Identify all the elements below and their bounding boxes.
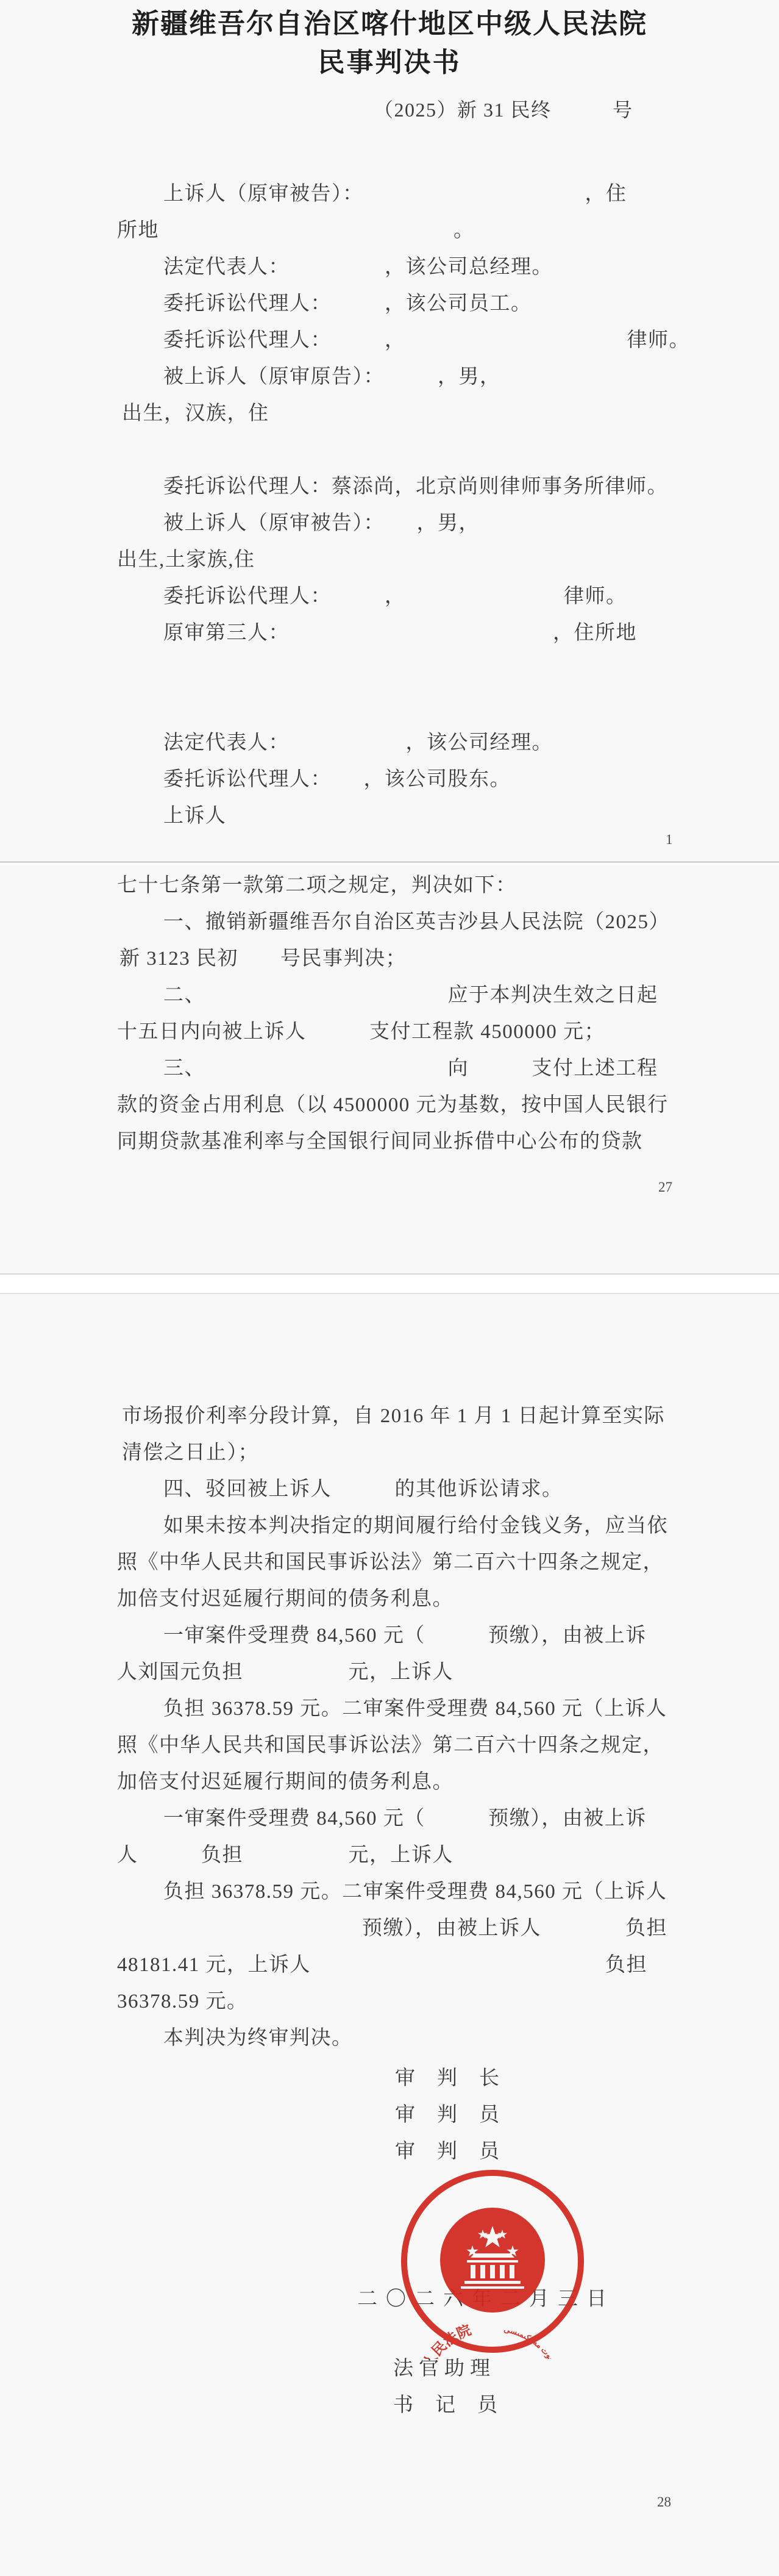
text-line: 一审案件受理费 84,560 元（ 预缴），由被上诉: [163, 1806, 647, 1831]
text-line: 被上诉人（原审被告）： ，男，: [163, 511, 480, 535]
case-number: （2025）新 31 民终 号: [374, 98, 633, 122]
text-line: 上诉人（原审被告）： ，住: [163, 182, 627, 206]
court-seal: 新疆维吾尔自治区喀什地区中级人民法院 شىنجاڭ ئۇيغۇر ئاپتونو…: [395, 2164, 590, 2359]
text-line: 委托诉讼代理人： ， 律师。: [163, 328, 690, 352]
text-line: 三、 向 支付上述工程: [163, 1056, 658, 1081]
judge-line: 审 判 员: [395, 2139, 500, 2164]
page-2: 七十七条第一款第二项之规定，判决如下： 一、撤销新疆维吾尔自治区英吉沙县人民法院…: [0, 865, 779, 1275]
text-line: 负担 36378.59 元。二审案件受理费 84,560 元（上诉人: [163, 1697, 667, 1721]
text-line: 一、撤销新疆维吾尔自治区英吉沙县人民法院（2025）: [163, 910, 670, 934]
presiding-judge-line: 审 判 长: [395, 2066, 500, 2091]
text-line: 负担 36378.59 元。二审案件受理费 84,560 元（上诉人: [163, 1880, 667, 1904]
clerk-line: 书 记 员: [393, 2393, 499, 2417]
judge-assistant-line: 法官助理: [393, 2356, 496, 2381]
text-line: 本判决为终审判决。: [163, 2026, 353, 2050]
text-line: 被上诉人（原审原告）： ，男，: [163, 365, 501, 389]
text-line: 48181.41 元，上诉人 负担: [117, 1953, 647, 1977]
text-line: 36378.59 元。: [117, 1989, 248, 2014]
text-line: 二、 应于本判决生效之日起: [163, 983, 658, 1007]
text-line: 照《中华人民共和国民事诉讼法》第二百六十四条之规定，: [117, 1550, 664, 1575]
page-1: 新疆维吾尔自治区喀什地区中级人民法院 民事判决书 （2025）新 31 民终 号…: [0, 0, 779, 863]
text-line: 委托诉讼代理人：蔡添尚，北京尚则律师事务所律师。: [163, 474, 668, 499]
text-line: 委托诉讼代理人： ，该公司员工。: [163, 292, 532, 316]
text-line: 四、驳回被上诉人 的其他诉讼请求。: [163, 1477, 563, 1501]
text-line: 上诉人: [163, 804, 227, 828]
page-3: 市场报价利率分段计算，自 2016 年 1 月 1 日起计算至实际 清偿之日止）…: [0, 1293, 779, 2576]
text-line: 新 3123 民初 号民事判决；: [119, 946, 407, 971]
text-line: 预缴），由被上诉人 负担: [362, 1916, 667, 1941]
national-emblem-icon: [440, 2208, 545, 2313]
court-name: 新疆维吾尔自治区喀什地区中级人民法院: [0, 1, 779, 41]
text-line: 十五日内向被上诉人 支付工程款 4500000 元；: [117, 1020, 605, 1044]
text-line: 市场报价利率分段计算，自 2016 年 1 月 1 日起计算至实际: [122, 1404, 665, 1428]
text-line: 出生,土家族,住: [117, 548, 255, 572]
text-line: 人刘国元负担 元，上诉人: [117, 1660, 454, 1684]
text-line: 法定代表人： ，该公司总经理。: [163, 255, 553, 279]
text-line: 照《中华人民共和国民事诉讼法》第二百六十四条之规定，: [117, 1733, 664, 1758]
text-line: 委托诉讼代理人： ， 律师。: [163, 584, 627, 609]
page-number: 28: [657, 2494, 671, 2510]
text-line: 人 负担 元，上诉人: [117, 1843, 454, 1867]
text-line: 委托诉讼代理人： ，该公司股东。: [163, 767, 511, 792]
text-line: 法定代表人： ，该公司经理。: [163, 731, 553, 755]
text-line: 加倍支付迟延履行期间的债务利息。: [117, 1587, 454, 1611]
judge-line: 审 判 员: [395, 2103, 500, 2127]
judgment-document: 新疆维吾尔自治区喀什地区中级人民法院 民事判决书 （2025）新 31 民终 号…: [0, 0, 779, 2576]
text-line: 加倍支付迟延履行期间的债务利息。: [117, 1770, 454, 1794]
text-line: 同期贷款基准利率与全国银行间同业拆借中心公布的贷款: [117, 1129, 643, 1154]
text-line: 款的资金占用利息（以 4500000 元为基数，按中国人民银行: [117, 1093, 669, 1117]
doc-type-title: 民事判决书: [0, 40, 779, 79]
page-separator: [0, 1275, 779, 1293]
text-line: 所地 。: [117, 218, 475, 243]
text-line: 原审第三人： ，住所地: [163, 621, 637, 645]
page-number: 1: [666, 832, 673, 848]
text-line: 出生，汉族，住: [122, 401, 269, 426]
text-line: 如果未按本判决指定的期间履行给付金钱义务，应当依: [163, 1514, 668, 1538]
text-line: 清偿之日止）；: [122, 1440, 259, 1465]
text-line: 一审案件受理费 84,560 元（ 预缴），由被上诉: [163, 1623, 647, 1648]
text-line: 七十七条第一款第二项之规定，判决如下：: [117, 873, 517, 898]
page-number: 27: [658, 1179, 672, 1195]
